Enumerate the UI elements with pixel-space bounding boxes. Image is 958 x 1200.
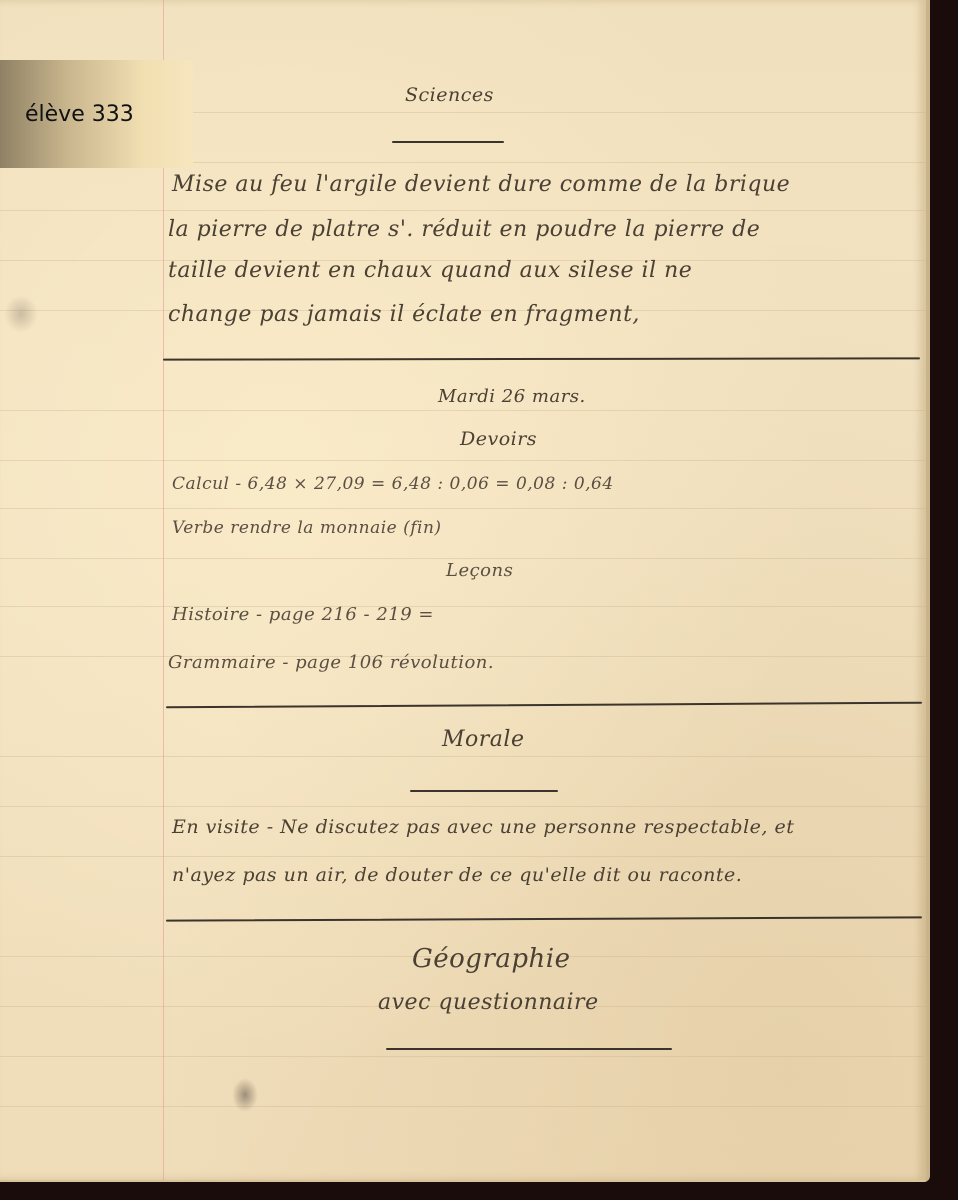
- title-underline: [410, 790, 558, 792]
- section-divider: [166, 916, 922, 921]
- date-heading: Mardi 26 mars.: [438, 386, 586, 407]
- ruled-line: [0, 558, 926, 559]
- geographie-title: Géographie: [412, 944, 570, 974]
- margin-line: [163, 0, 164, 1180]
- student-label: élève 333: [0, 60, 193, 168]
- section-divider: [163, 357, 920, 360]
- notebook-page: Sciences Mise au feu l'argile devient du…: [0, 0, 930, 1182]
- devoirs-line-verbe: Verbe rendre la monnaie (fin): [172, 518, 442, 538]
- ruled-line: [0, 508, 926, 509]
- stain: [4, 295, 38, 333]
- ruled-line: [0, 1056, 926, 1057]
- geographie-subtitle: avec questionnaire: [378, 990, 599, 1015]
- sciences-title: Sciences: [405, 84, 494, 106]
- sciences-line-2: la pierre de platre s'. réduit en poudre…: [168, 217, 760, 242]
- pencil-smudge: [232, 1078, 258, 1112]
- sciences-line-3: taille devient en chaux quand aux silese…: [168, 258, 692, 283]
- ruled-line: [0, 606, 926, 607]
- ruled-line: [0, 210, 926, 211]
- ruled-line: [0, 756, 926, 757]
- ruled-line: [0, 806, 926, 807]
- lecons-line-histoire: Histoire - page 216 - 219 =: [172, 604, 434, 625]
- morale-line-2: n'ayez pas un air, de douter de ce qu'el…: [172, 864, 742, 886]
- devoirs-title: Devoirs: [460, 428, 537, 450]
- student-label-text: élève 333: [25, 102, 134, 127]
- title-underline: [386, 1048, 672, 1050]
- sciences-line-1: Mise au feu l'argile devient dure comme …: [172, 172, 790, 197]
- devoirs-line-calcul: Calcul - 6,48 × 27,09 = 6,48 : 0,06 = 0,…: [172, 474, 614, 494]
- sciences-line-4: change pas jamais il éclate en fragment,: [168, 302, 640, 327]
- lecons-title: Leçons: [446, 560, 513, 581]
- title-underline: [392, 141, 504, 143]
- lecons-line-grammaire: Grammaire - page 106 révolution.: [168, 652, 494, 673]
- ruled-line: [0, 460, 926, 461]
- morale-line-1: En visite - Ne discutez pas avec une per…: [172, 816, 794, 838]
- ruled-line: [0, 1106, 926, 1107]
- ruled-line: [0, 410, 926, 411]
- morale-title: Morale: [442, 727, 524, 752]
- ruled-line: [0, 856, 926, 857]
- section-divider: [166, 702, 922, 709]
